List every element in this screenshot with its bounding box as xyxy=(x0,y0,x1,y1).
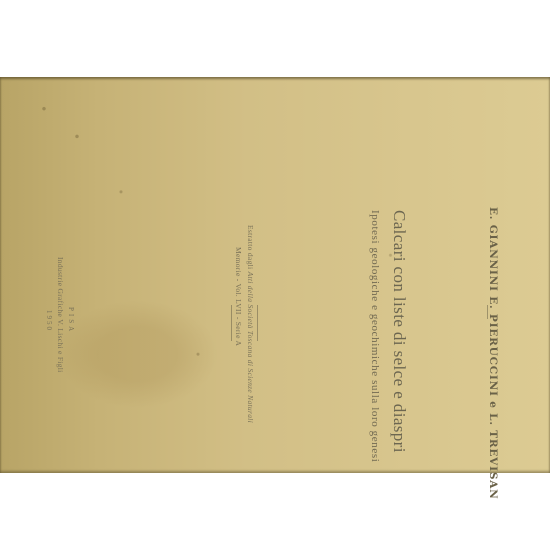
imprint-printer: Industrie Grafiche V. Lischi e Figli xyxy=(56,257,65,373)
divider-rule xyxy=(257,305,258,341)
divider-rule xyxy=(487,305,488,319)
imprint-city: PISA xyxy=(67,307,75,334)
document-title: Calcari con liste di selce e diaspri xyxy=(389,210,409,453)
title-page: E. GIANNINI E. PIERUCCINI e L. TREVISAN … xyxy=(0,77,550,473)
extract-series: Memorie - Vol. LVII - Serie A xyxy=(234,247,243,346)
imprint-year: 1950 xyxy=(45,310,53,332)
divider-rule xyxy=(231,305,232,341)
journal-name: Atti della Società Toscana di Scienze Na… xyxy=(246,272,255,423)
authors-line: E. GIANNINI E. PIERUCCINI e L. TREVISAN xyxy=(487,207,499,500)
document-subtitle: Ipotesi geologiche e geochimiche sulla l… xyxy=(369,210,381,462)
extract-source: Estratto dagli Atti della Società Toscan… xyxy=(246,225,255,423)
extract-prefix: Estratto dagli xyxy=(246,225,255,272)
